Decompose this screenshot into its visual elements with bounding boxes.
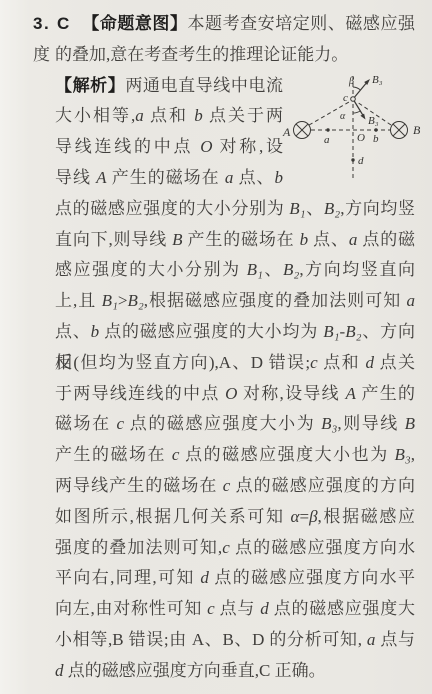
math-variable: B₁	[289, 199, 305, 218]
vector-b3-lower-label: B₃	[368, 115, 379, 127]
math-variable: d	[200, 568, 209, 587]
text-line: 于两导线连线的中点 O 对称,设导线 A 产生的	[55, 379, 415, 410]
text-run: 产生的	[356, 384, 415, 403]
bold-label: 3. C	[33, 14, 71, 33]
math-variable: B₁	[323, 322, 339, 341]
text-run: 点和	[144, 106, 195, 125]
math-variable: c	[310, 353, 318, 372]
text-run: 点的磁感应强度大	[269, 599, 415, 618]
text-line: 【解析】两通电直导线中电流	[55, 71, 283, 102]
text-run: 点的磁感应强度方向水平	[209, 568, 415, 587]
text-line: 反(但均为竖直方向),A、D 错误;c 点和 d 点关	[55, 348, 415, 379]
text-line: 导线 A 产生的磁场在 a 点、b	[55, 163, 283, 194]
text-run: 产生的磁场在	[55, 445, 172, 464]
text-run: 点的磁感应强度方向垂直,C 正确。	[64, 661, 326, 680]
text-run: 点、	[55, 322, 91, 341]
math-variable: a	[135, 106, 144, 125]
math-variable: B₂	[345, 322, 361, 341]
math-variable: B₂	[283, 260, 299, 279]
point-c-label: c	[343, 92, 348, 104]
math-variable: B₁	[102, 291, 118, 310]
text-line: 小相等,B 错误;由 A、B、D 的分析可知, a 点与	[55, 625, 415, 656]
text-run: 产生的磁场在	[107, 168, 225, 187]
text-line: 平向右,同理,可知 d 点的磁感应强度方向水平	[55, 563, 415, 594]
text-run: ,	[411, 445, 415, 464]
math-variable: d	[260, 599, 269, 618]
wire-a-label: A	[282, 125, 291, 139]
text-run: 反(但均为竖直方向),A、D 错误;	[55, 353, 310, 372]
point-c-marker	[351, 97, 356, 102]
text-run: 点和	[318, 353, 366, 372]
text-run: 直向下,则导线	[55, 230, 172, 249]
math-variable: B₃	[321, 414, 337, 433]
math-variable: b	[91, 322, 100, 341]
math-variable: a	[407, 291, 416, 310]
text-run: 于两导线连线的中点	[55, 384, 225, 403]
text-run: ,方向均竖	[340, 199, 415, 218]
bold-label: 【解析】	[55, 76, 125, 95]
text-run: 点的磁感应强度的大小分别为	[55, 199, 289, 218]
text-run: 点、	[233, 168, 274, 187]
text-run: 向左,由对称性可知	[55, 599, 207, 618]
text-run: 小相等,B 错误;由 A、B、D 的分析可知,	[55, 630, 367, 649]
text-run: 点关于两	[203, 106, 283, 125]
math-variable: d	[55, 661, 64, 680]
point-a-marker	[326, 128, 329, 131]
text-run: 大小相等,	[55, 106, 135, 125]
math-variable: A	[346, 384, 356, 403]
text-line: 如图所示,根据几何关系可知 α=β,根据磁感应	[55, 502, 415, 533]
math-variable: B₂	[324, 199, 340, 218]
wire-b-into-page-icon	[391, 122, 408, 139]
math-variable: B₃	[394, 445, 410, 464]
text-run: 的叠加,意在考查考生的推理论证能力。	[55, 45, 348, 64]
math-variable: d	[366, 353, 375, 372]
point-o-label: O	[357, 132, 365, 144]
text-run: 点的磁感应强度大小为	[124, 414, 321, 433]
text-line: 向左,由对称性可知 c 点与 d 点的磁感应强度大	[55, 594, 415, 625]
text-run: 上,且	[55, 291, 102, 310]
text-line: 点、b 点的磁感应强度的大小均为 B₁-B₂、方向相	[55, 317, 415, 348]
text-line: 上,且 B₁>B₂,根据磁感应强度的叠加法则可知 a	[55, 286, 415, 317]
text-run: 两通电直导线中电流	[125, 76, 283, 95]
math-variable: b	[194, 106, 203, 125]
math-variable: B₂	[127, 291, 143, 310]
text-line: 磁场在 c 点的磁感应强度大小为 B₃,则导线 B	[55, 409, 415, 440]
text-line: 3. C【命题意图】本题考查安培定则、磁感应强度	[33, 9, 415, 40]
point-d-label: d	[358, 155, 364, 167]
field-vector-upper-arrow	[353, 79, 370, 99]
math-variable: B₁	[247, 260, 263, 279]
text-run: ,根据磁感应	[318, 507, 415, 526]
text-run: ,根据磁感应强度的叠加法则可知	[144, 291, 407, 310]
text-run: 点的磁感应强度的方向	[230, 476, 415, 495]
text-line: 强度的叠加法则可知,c 点的磁感应强度方向水	[55, 533, 415, 564]
text-run: 平向右,同理,可知	[55, 568, 200, 587]
math-variable: c	[222, 538, 230, 557]
angle-alpha-arc	[353, 111, 361, 113]
text-run: 导线	[55, 168, 96, 187]
math-variable: b	[300, 230, 309, 249]
text-run: 点的磁	[357, 230, 415, 249]
text-run: =	[299, 507, 309, 526]
text-run: 点的磁感应强度大小也为	[179, 445, 394, 464]
text-run: 产生的磁场在	[182, 230, 299, 249]
text-run: 对称,设	[213, 137, 284, 156]
wire-a-into-page-icon	[294, 122, 311, 139]
text-run: 强度的叠加法则可知,	[55, 538, 222, 557]
math-variable: O	[225, 384, 237, 403]
text-run: 点关	[374, 353, 415, 372]
point-b-marker	[374, 128, 377, 131]
text-run: 磁场在	[55, 414, 116, 433]
text-line: 导线连线的中点 O 对称,设	[55, 132, 283, 163]
figure-magnetic-field-diagram: A B a b O c d B₃ B₃ β α	[281, 74, 432, 188]
text-run: ,方向均竖直向	[299, 260, 415, 279]
diagram-svg: A B a b O c d B₃ B₃ β α	[281, 74, 432, 188]
text-run: 点与	[215, 599, 261, 618]
text-run: 点、	[308, 230, 349, 249]
math-variable: c	[207, 599, 215, 618]
text-run: 感应强度的大小分别为	[55, 260, 247, 279]
math-variable: B	[172, 230, 182, 249]
text-line: 的叠加,意在考查考生的推理论证能力。	[55, 40, 415, 71]
text-run: 对称,设导线	[237, 384, 345, 403]
math-variable: B	[405, 414, 415, 433]
math-variable: β	[309, 507, 317, 526]
scanned-answer-page: 3. C【命题意图】本题考查安培定则、磁感应强度的叠加,意在考查考生的推理论证能…	[0, 0, 432, 694]
text-run: ,则导线	[337, 414, 404, 433]
field-vector-lower-arrow	[353, 99, 366, 120]
point-a-label: a	[324, 134, 330, 146]
text-run: 点的磁感应强度的大小均为	[99, 322, 323, 341]
text-line: 大小相等,a 点和 b 点关于两	[55, 101, 283, 132]
text-run: 两导线产生的磁场在	[55, 476, 223, 495]
math-variable: A	[96, 168, 106, 187]
text-line: 直向下,则导线 B 产生的磁场在 b 点、a 点的磁	[55, 225, 415, 256]
vector-b3-upper-label: B₃	[372, 74, 383, 86]
wire-b-label: B	[413, 123, 421, 137]
text-line: d 点的磁感应强度方向垂直,C 正确。	[55, 656, 415, 687]
text-run: 点与	[375, 630, 415, 649]
text-line: 两导线产生的磁场在 c 点的磁感应强度的方向	[55, 471, 415, 502]
text-run: >	[118, 291, 128, 310]
angle-alpha-label: α	[340, 111, 346, 122]
text-run: 如图所示,根据几何关系可知	[55, 507, 291, 526]
point-d-marker	[351, 158, 354, 161]
text-run: 导线连线的中点	[55, 137, 200, 156]
bold-label: 【命题意图】	[82, 14, 188, 33]
text-run: 、	[306, 199, 324, 218]
text-line: 产生的磁场在 c 点的磁感应强度大小也为 B₃,	[55, 440, 415, 471]
math-variable: O	[200, 137, 212, 156]
point-b-label: b	[373, 133, 379, 145]
text-line: 点的磁感应强度的大小分别为 B₁、B₂,方向均竖	[55, 194, 415, 225]
angle-beta-label: β	[348, 76, 354, 87]
text-line: 感应强度的大小分别为 B₁、B₂,方向均竖直向	[55, 255, 415, 286]
text-run: 点的磁感应强度方向水	[230, 538, 415, 557]
angle-beta-arc	[353, 87, 361, 90]
math-variable: c	[116, 414, 124, 433]
text-run: 、	[263, 260, 283, 279]
